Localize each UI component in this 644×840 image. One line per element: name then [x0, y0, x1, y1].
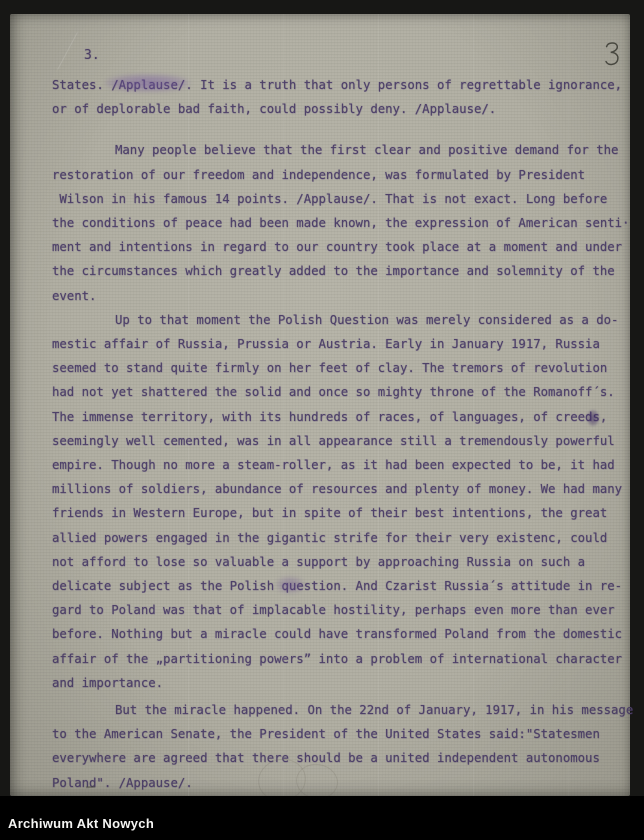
- typewritten-line: mestic affair of Russia, Prussia or Aust…: [52, 332, 632, 356]
- typewritten-line: millions of soldiers, abundance of resou…: [52, 477, 632, 501]
- typewritten-line: event.: [52, 284, 632, 308]
- typewritten-line: But the miracle happened. On the 22nd of…: [52, 698, 632, 722]
- typewritten-text: States. /Applause/. It is a truth that o…: [52, 73, 632, 795]
- document-page: 3. States. /Applause/. It is a truth tha…: [10, 14, 630, 796]
- typewritten-line: everywhere are agreed that there should …: [52, 746, 632, 770]
- typewritten-line: Wilson in his famous 14 points. /Applaus…: [52, 187, 632, 211]
- typewritten-line: before. Nothing but a miracle could have…: [52, 622, 632, 646]
- typewritten-line: States. /Applause/. It is a truth that o…: [52, 73, 632, 97]
- paper-crease: [57, 32, 78, 70]
- typewritten-line: Poland". /Appause/.: [52, 771, 632, 795]
- handwritten-page-number: [602, 39, 622, 70]
- watermark-bar: Archiwum Akt Nowych: [0, 796, 644, 840]
- typewritten-line: gard to Poland was that of implacable ho…: [52, 598, 632, 622]
- typewritten-line: ment and intentions in regard to our cou…: [52, 235, 632, 259]
- typewritten-line: the circumstances which greatly added to…: [52, 259, 632, 283]
- typewritten-line: friends in Western Europe, but in spite …: [52, 501, 632, 525]
- paragraph: But the miracle happened. On the 22nd of…: [52, 698, 632, 795]
- typewritten-line: had not yet shattered the solid and once…: [52, 380, 632, 404]
- typewritten-line: and importance.: [52, 671, 632, 695]
- typewritten-line: to the American Senate, the President of…: [52, 722, 632, 746]
- typewritten-line: The immense territory, with its hundreds…: [52, 405, 632, 429]
- typewritten-line: Up to that moment the Polish Question wa…: [52, 308, 632, 332]
- scan-viewport: 3. States. /Applause/. It is a truth tha…: [0, 0, 644, 840]
- paragraph: States. /Applause/. It is a truth that o…: [52, 73, 632, 121]
- typewritten-line: Many people believe that the first clear…: [52, 138, 632, 162]
- typewritten-line: seemingly well cemented, was in all appe…: [52, 429, 632, 453]
- typewritten-line: seemed to stand quite firmly on her feet…: [52, 356, 632, 380]
- typewritten-line: allied powers engaged in the gigantic st…: [52, 526, 632, 550]
- typewritten-line: affair of the „partitioning powers” into…: [52, 647, 632, 671]
- typewritten-line: restoration of our freedom and independe…: [52, 163, 632, 187]
- typewritten-line: or of deplorable bad faith, could possib…: [52, 97, 632, 121]
- typewritten-line: the conditions of peace had been made kn…: [52, 211, 632, 235]
- typewritten-line: empire. Though no more a steam-roller, a…: [52, 453, 632, 477]
- typewritten-line: not afford to lose so valuable a support…: [52, 550, 632, 574]
- archive-watermark: Archiwum Akt Nowych: [8, 816, 154, 831]
- typed-page-number: 3.: [84, 48, 100, 63]
- paragraph: Many people believe that the first clear…: [52, 138, 632, 307]
- typewritten-line: delicate subject as the Polish question.…: [52, 574, 632, 598]
- paragraph: Up to that moment the Polish Question wa…: [52, 308, 632, 695]
